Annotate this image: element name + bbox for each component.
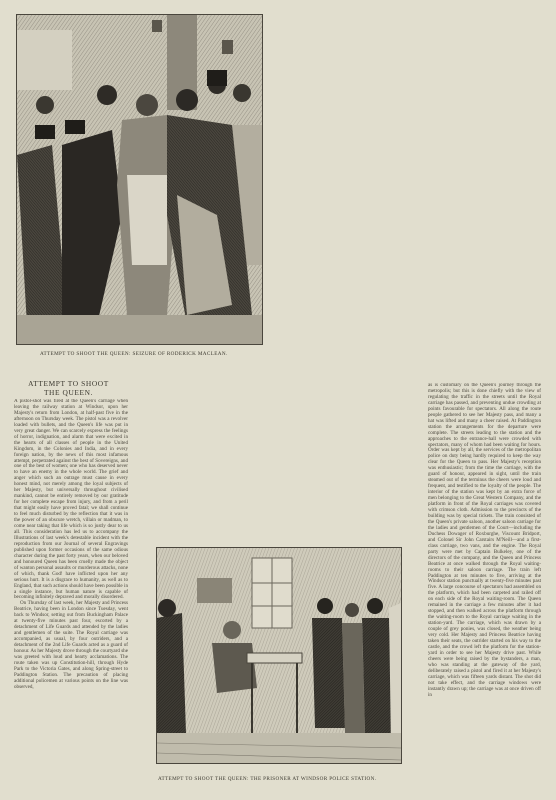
engraving-image [17, 15, 262, 344]
illustration-prisoner-at-windsor [156, 547, 402, 764]
article-paragraph: On Thursday of last week, her Majesty an… [14, 601, 128, 690]
article-paragraph: as is customary on the Queen's journey t… [428, 383, 541, 699]
article-paragraph: A pistol-shot was fired at the Queen's c… [14, 399, 128, 601]
engraving-image [157, 548, 401, 763]
illustration-caption-top: Attempt to shoot the Queen: seizure of R… [40, 351, 228, 357]
article-title-line2: the Queen. [10, 389, 127, 398]
article-title: Attempt to Shoot the Queen. [10, 380, 127, 397]
illustration-caption-middle: Attempt to shoot the Queen: the prisoner… [158, 776, 376, 782]
illustration-seizure-of-maclean [16, 14, 263, 345]
article-column-1: A pistol-shot was fired at the Queen's c… [14, 399, 128, 797]
article-column-2: as is customary on the Queen's journey t… [428, 383, 541, 797]
